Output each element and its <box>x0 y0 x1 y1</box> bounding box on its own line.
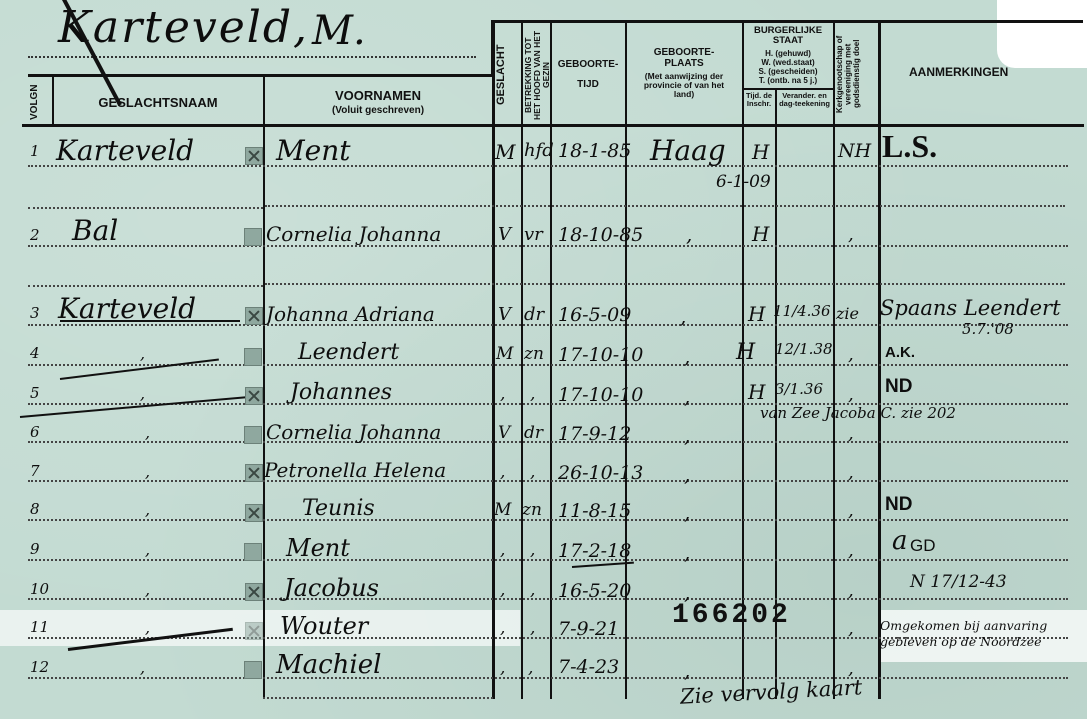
remark-stamp: L.S. <box>882 128 937 165</box>
surname: , <box>140 384 145 403</box>
sex: , <box>500 540 505 560</box>
row-line <box>28 519 1068 521</box>
civil-status: H <box>752 140 769 164</box>
header-voornamen-sub: (Voluit geschreven) <box>266 106 490 117</box>
header-geboortetijd-2: TIJD <box>552 80 624 91</box>
header-geboorteplaats-1: GEBOORTE- <box>627 48 741 59</box>
surname: Karteveld <box>56 134 194 167</box>
checkbox-marked[interactable] <box>245 307 263 325</box>
remark-stamp: ND <box>885 376 912 398</box>
header-aanmerkingen: AANMERKINGEN <box>880 66 1087 79</box>
given-names: Johanna Adriana <box>266 302 435 326</box>
sex: , <box>500 384 505 404</box>
row-number: 5 <box>30 384 40 402</box>
row-line <box>28 598 1068 600</box>
birth-date: 16-5-09 <box>558 304 631 326</box>
surname: , <box>145 500 150 519</box>
col-line-volgn <box>52 76 54 126</box>
given-names: Cornelia Johanna <box>266 420 441 444</box>
col-line-surname <box>263 76 265 699</box>
relation: , <box>530 618 535 638</box>
remark: N 17/12-43 <box>910 572 1007 592</box>
checkbox[interactable] <box>244 228 262 246</box>
civil-status: H <box>748 380 765 404</box>
relation: zn <box>522 500 542 520</box>
sex: M <box>496 344 513 364</box>
sex: V <box>498 304 511 325</box>
remark-stamp: GD <box>910 536 936 556</box>
church: , <box>848 618 854 639</box>
card-reference-number: 166202 <box>672 600 791 631</box>
checkbox-marked[interactable] <box>245 147 263 165</box>
civil-subheader-line <box>743 88 833 90</box>
sex: V <box>498 423 510 443</box>
surname: , <box>140 658 145 677</box>
remark-date: 5.7.'08 <box>962 320 1014 338</box>
row-number: 1 <box>30 142 40 160</box>
given-names: Teunis <box>302 496 375 521</box>
header-verander: Verander. en dag-teekening <box>777 92 832 108</box>
header-burgerlijke-staat: BURGERLIJKE STAAT <box>744 26 832 46</box>
church: , <box>848 384 854 405</box>
sex: M <box>494 500 511 520</box>
relation: , <box>530 580 535 600</box>
church: , <box>848 580 854 601</box>
torn-corner <box>997 0 1087 68</box>
row-line <box>28 677 1068 679</box>
row-number: 11 <box>30 618 49 636</box>
given-names: Leendert <box>298 340 399 365</box>
relation: zn <box>524 344 544 364</box>
registration-date: 12/1.38 <box>775 340 833 358</box>
registration-date: 3/1.36 <box>775 380 823 398</box>
sex: , <box>500 658 505 678</box>
row-number: 4 <box>30 344 40 362</box>
relation: , <box>530 384 535 404</box>
checkbox-marked[interactable] <box>245 387 263 405</box>
given-names: Cornelia Johanna <box>266 222 441 246</box>
header-bs-t: T. (ontb. na 5 j.) <box>744 77 832 85</box>
birth-date: 18-1-85 <box>558 140 631 162</box>
sex: , <box>500 618 505 638</box>
row-line <box>265 205 1065 207</box>
civil-status: H <box>748 302 765 326</box>
surname: , <box>140 344 145 363</box>
header-bottom-line <box>22 124 1084 127</box>
birth-place: Haag <box>650 134 726 167</box>
sex: , <box>500 580 505 600</box>
header-kerkgenootschap: Kerkgenootschap of vereeniging met godsd… <box>836 26 876 122</box>
relation: , <box>530 462 535 482</box>
registration-date: 6-1-09 <box>716 172 771 192</box>
header-geboortetijd-1: GEBOORTE- <box>552 60 624 71</box>
remark-stamp: ND <box>885 494 912 516</box>
church: , <box>848 344 854 365</box>
remark-initial: a <box>892 526 908 556</box>
church: , <box>848 540 854 561</box>
checkbox-marked[interactable] <box>245 622 263 640</box>
relation: , <box>528 658 533 678</box>
given-names: Johannes <box>290 380 392 405</box>
row-line <box>28 245 1068 247</box>
birth-place: , <box>684 462 690 486</box>
surname: , <box>145 462 150 481</box>
header-betrekking: BETREKKING TOT HET HOOFD VAN HET GEZIN <box>524 28 548 122</box>
row-line <box>28 207 263 209</box>
row-line <box>28 441 1068 443</box>
row-number: 10 <box>30 580 49 598</box>
church: , <box>848 462 854 483</box>
header-geslachtsnaam: GESLACHTSNAAM <box>55 96 261 110</box>
birth-date: 11-8-15 <box>558 500 631 522</box>
checkbox-marked[interactable] <box>245 504 263 522</box>
header-geslacht: GESLACHT <box>496 28 518 122</box>
relation: dr <box>524 423 543 443</box>
relation: hfd <box>524 140 554 161</box>
birth-place: , <box>684 423 690 447</box>
church: , <box>848 423 854 444</box>
family-name: Karteveld, <box>58 2 309 53</box>
header-voornamen: VOORNAMEN <box>266 89 490 103</box>
given-names: Machiel <box>276 650 381 680</box>
birth-date: 16-5-20 <box>558 580 631 602</box>
relation: vr <box>524 224 543 245</box>
checkbox[interactable] <box>244 426 262 444</box>
row-line <box>28 559 1068 561</box>
given-names: Wouter <box>280 612 368 640</box>
header-top-line-right <box>493 20 1083 23</box>
remark: Spaans Leendert <box>880 296 1061 320</box>
birth-place: , <box>684 344 690 368</box>
church: , <box>848 224 854 245</box>
given-names: Ment <box>276 134 351 167</box>
header-volgn: VOLGN <box>30 82 50 122</box>
birth-date: 7-4-23 <box>558 656 619 678</box>
header-geboorteplaats-sub: (Met aanwijzing der provincie of van het… <box>633 72 735 99</box>
birth-date: 17-2-18 <box>558 540 631 562</box>
row-number: 6 <box>30 423 40 441</box>
row-number: 7 <box>30 462 40 480</box>
row-line <box>265 283 1065 285</box>
row-number: 12 <box>30 658 49 676</box>
birth-date: 17-9-12 <box>558 423 631 445</box>
sex: V <box>498 224 511 245</box>
checkbox[interactable] <box>244 543 262 561</box>
birth-place: , <box>680 304 686 328</box>
surname: , <box>145 423 150 442</box>
church: NH <box>838 140 871 162</box>
birth-place: , <box>684 384 690 408</box>
header-tijd-inschr: Tijd. de Inschr. <box>744 92 774 108</box>
birth-date: 17-10-10 <box>558 344 643 366</box>
underline-strike <box>60 320 240 322</box>
row-number: 2 <box>30 226 40 244</box>
church: zie <box>836 304 859 323</box>
row-number: 3 <box>30 304 40 322</box>
birth-place: , <box>684 500 690 524</box>
checkbox[interactable] <box>244 348 262 366</box>
sex: M <box>495 140 515 164</box>
given-names: Petronella Helena <box>264 458 446 482</box>
given-names: Ment <box>286 534 350 562</box>
family-initial: M. <box>312 8 366 54</box>
surname: , <box>145 580 150 599</box>
birth-place: , <box>684 540 690 564</box>
checkbox-marked[interactable] <box>245 583 263 601</box>
civil-status: H <box>736 340 755 365</box>
registration-date: 11/4.36 <box>773 302 831 320</box>
sex: , <box>500 462 505 482</box>
remark-note: Omgekomen bij aanvaring gebleven op de N… <box>880 618 1080 650</box>
given-names: Jacobus <box>284 574 379 602</box>
birth-date: 18-10-85 <box>558 224 643 246</box>
header-geboorteplaats-2: PLAATS <box>627 59 741 70</box>
row-line <box>263 697 493 699</box>
row-number: 9 <box>30 540 40 558</box>
birth-date: 7-9-21 <box>558 618 619 640</box>
row-line <box>28 285 263 287</box>
checkbox[interactable] <box>244 661 262 679</box>
registration-card: Karteveld, M. VOLGN GESLACHTSNAAM VOORNA… <box>0 0 1087 719</box>
header-top-line <box>28 74 493 77</box>
birth-date: 17-10-10 <box>558 384 643 406</box>
surname: , <box>145 540 150 559</box>
birth-date: 26-10-13 <box>558 462 643 484</box>
row-line <box>28 480 1068 482</box>
remark-spouse-ref: van Zee Jacoba C. zie 202 <box>760 404 956 422</box>
row-number: 8 <box>30 500 40 518</box>
church: , <box>848 500 854 521</box>
relation: , <box>530 540 535 560</box>
strike-through <box>20 396 249 418</box>
birth-place: , <box>686 222 692 246</box>
birth-place: , <box>684 658 690 682</box>
surname: Bal <box>72 214 118 247</box>
checkbox-marked[interactable] <box>245 464 263 482</box>
footer-note: Zie vervolg kaart <box>679 675 862 709</box>
surname: , <box>145 618 150 637</box>
remark-stamp: A.K. <box>885 344 915 361</box>
relation: dr <box>524 304 544 325</box>
civil-status: H <box>752 222 769 246</box>
